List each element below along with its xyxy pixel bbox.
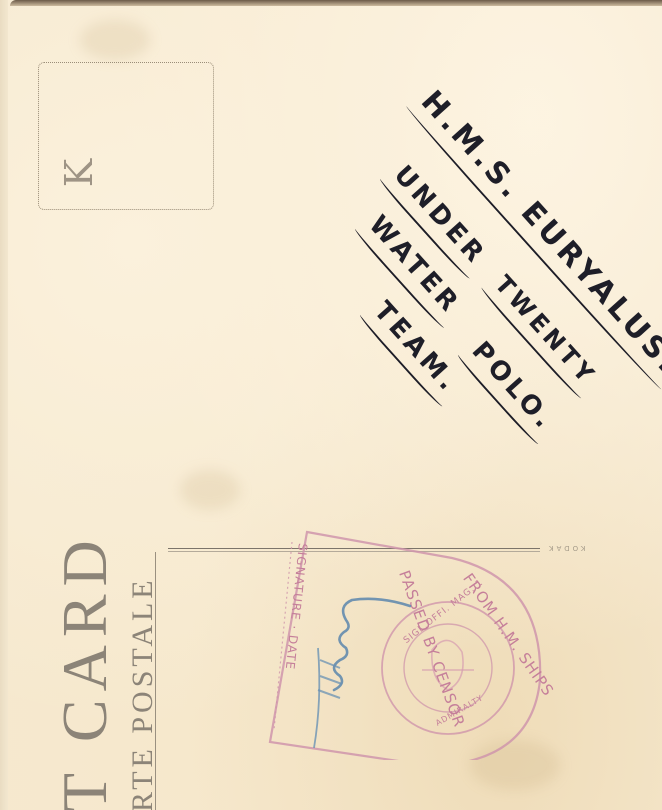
- censor-stamp: FROM H.M. SHIPS PASSED BY CENSOR SIGNATU…: [262, 530, 552, 760]
- postcard-back: K H.M.S. EURYALUS. UNDER TWENTY WATER PO…: [0, 0, 662, 810]
- printed-title-post-card: T CARD: [48, 532, 122, 810]
- vertical-divider-line: [155, 552, 156, 810]
